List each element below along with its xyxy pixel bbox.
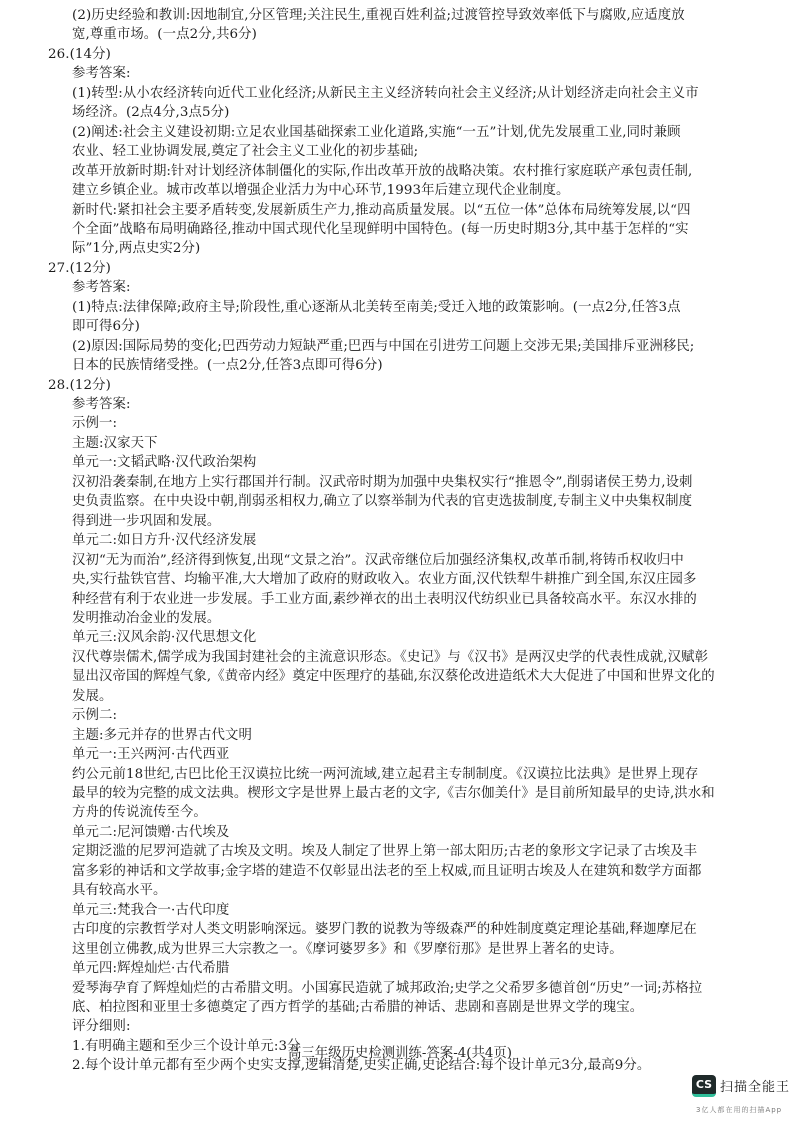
text-line: 单元一:王兴两河·古代西亚 — [72, 745, 762, 765]
question-heading: 26.(14分) — [48, 45, 738, 65]
text-line: 农业、轻工业协调发展,奠定了社会主义工业化的初步基础; — [72, 142, 762, 162]
text-line: 方舟的传说流传至今。 — [72, 803, 762, 823]
text-line: 单元三:汉风余韵·汉代思想文化 — [72, 628, 762, 648]
text-line: (2)原因:国际局势的变化;巴西劳动力短缺严重;巴西与中国在引进劳工问题上交涉无… — [72, 337, 762, 357]
text-line: 个全面”战略布局明确路径,推动中国式现代化呈现鲜明中国特色。(每一历史时期3分,… — [72, 220, 762, 240]
text-line: 参考答案: — [72, 278, 762, 298]
text-line: 单元二:如日方升·汉代经济发展 — [72, 531, 762, 551]
text-line: 单元二:尼河馈赠·古代埃及 — [72, 823, 762, 843]
text-line: 场经济。(2点4分,3点5分) — [72, 103, 762, 123]
text-line: 史负责监察。在中央设中朝,削弱丞相权力,确立了以察举制为代表的官吏选拔制度,专制… — [72, 492, 762, 512]
question-heading: 28.(12分) — [48, 376, 738, 396]
text-line: 发明推动冶金业的发展。 — [72, 609, 762, 629]
text-line: 汉初沿袭秦制,在地方上实行郡国并行制。汉武帝时期为加强中央集权实行“推恩令”,削… — [72, 473, 762, 493]
text-line: 主题:多元并存的世界古代文明 — [72, 726, 762, 746]
text-line: 际”1分,两点史实2分) — [72, 239, 762, 259]
text-line: (1)特点:法律保障;政府主导;阶段性,重心逐渐从北美转至南美;受迁入地的政策影… — [72, 298, 762, 318]
text-line: (1)转型:从小农经济转向近代工业化经济;从新民主主义经济转向社会主义经济;从计… — [72, 84, 762, 104]
text-line: 汉代尊崇儒术,儒学成为我国封建社会的主流意识形态。《史记》与《汉书》是两汉史学的… — [72, 648, 762, 668]
page-footer: 高三年级历史检测训练-答案-4(共4页) — [0, 1044, 800, 1064]
text-line: 宽,尊重市场。(一点2分,共6分) — [72, 25, 762, 45]
watermark-brand: 扫描全能王 — [720, 1076, 790, 1095]
text-line: 发展。 — [72, 687, 762, 707]
text-line: 古印度的宗教哲学对人类文明影响深远。婆罗门教的说教为等级森严的种姓制度奠定理论基… — [72, 920, 762, 940]
text-line: 定期泛滥的尼罗河造就了古埃及文明。埃及人制定了世界上第一部太阳历;古老的象形文字… — [72, 842, 762, 862]
question-heading: 27.(12分) — [48, 259, 738, 279]
text-line: 汉初“无为而治”,经济得到恢复,出现“文景之治”。汉武帝继位后加强经济集权,改革… — [72, 551, 762, 571]
text-line: 单元四:辉煌灿烂·古代希腊 — [72, 959, 762, 979]
text-line: 即可得6分) — [72, 317, 762, 337]
text-line: 评分细则: — [72, 1017, 762, 1037]
text-line: 示例一: — [72, 414, 762, 434]
text-line: 显出汉帝国的辉煌气象,《黄帝内经》奠定中医理疗的基础,东汉蔡伦改进造纸术大大促进… — [72, 667, 762, 687]
text-line: 爱琴海孕育了辉煌灿烂的古希腊文明。小国寡民造就了城邦政治;史学之父希罗多德首创“… — [72, 979, 762, 999]
text-line: 种经营有利于农业进一步发展。手工业方面,素纱禅衣的出土表明汉代纺织业已具备较高水… — [72, 590, 762, 610]
text-line: 日本的民族情绪受挫。(一点2分,任答3点即可得6分) — [72, 356, 762, 376]
text-line: 建立乡镇企业。城市改革以增强企业活力为中心环节,1993年后建立现代企业制度。 — [72, 181, 762, 201]
text-line: 这里创立佛教,成为世界三大宗教之一。《摩诃婆罗多》和《罗摩衍那》是世界上著名的史… — [72, 940, 762, 960]
camscanner-logo-icon: CS — [692, 1075, 716, 1097]
text-line: 参考答案: — [72, 64, 762, 84]
text-line: 最早的较为完整的成文法典。楔形文字是世界上最古老的文字,《吉尔伽美什》是目前所知… — [72, 784, 762, 804]
text-line: 得到进一步巩固和发展。 — [72, 512, 762, 532]
text-line: 示例二: — [72, 706, 762, 726]
text-line: (2)阐述:社会主义建设初期:立足农业国基础探索工业化道路,实施“一五”计划,优… — [72, 123, 762, 143]
text-line: 底、柏拉图和亚里士多德奠定了西方哲学的基础;古希腊的神话、悲剧和喜剧是世界文学的… — [72, 998, 762, 1018]
text-line: (2)历史经验和教训:因地制宜,分区管理;关注民生,重视百姓利益;过渡管控导致效… — [72, 6, 762, 26]
text-line: 新时代:紧扣社会主要矛盾转变,发展新质生产力,推动高质量发展。以“五位一体”总体… — [72, 201, 762, 221]
scanner-watermark: CS 扫描全能王 3亿人都在用的扫描App — [692, 1075, 797, 1125]
text-line: 改革开放新时期:针对计划经济体制僵化的实际,作出改革开放的战略决策。农村推行家庭… — [72, 162, 762, 182]
text-line: 约公元前18世纪,古巴比伦王汉谟拉比统一两河流域,建立起君主专制制度。《汉谟拉比… — [72, 765, 762, 785]
watermark-tagline: 3亿人都在用的扫描App — [696, 1105, 782, 1115]
text-line: 富多彩的神话和文学故事;金字塔的建造不仅彰显出法老的至上权威,而且证明古埃及人在… — [72, 862, 762, 882]
text-line: 央,实行盐铁官营、均输平准,大大增加了政府的财政收入。农业方面,汉代铁犁牛耕推广… — [72, 570, 762, 590]
text-line: 主题:汉家天下 — [72, 434, 762, 454]
text-line: 参考答案: — [72, 395, 762, 415]
text-line: 具有较高水平。 — [72, 881, 762, 901]
text-line: 单元一:文韬武略·汉代政治架构 — [72, 453, 762, 473]
text-line: 单元三:梵我合一·古代印度 — [72, 901, 762, 921]
